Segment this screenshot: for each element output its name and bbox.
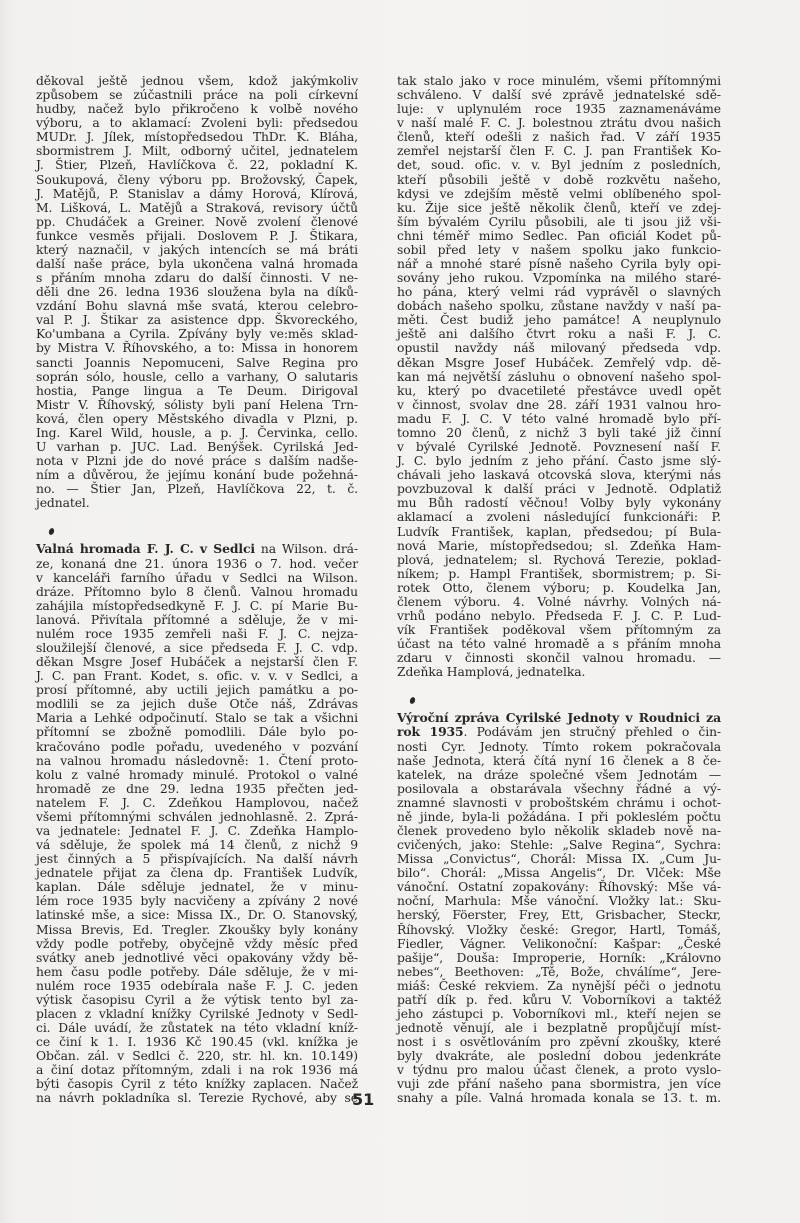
- text-line: další naše práce, byla ukončena valná hr…: [36, 257, 358, 271]
- text-line: mu Bůh radostí věčnou! Volby byly vykoná…: [397, 496, 721, 510]
- section-heading-line-1: Výroční zpráva Cyrilské Jednoty v Roudni…: [397, 711, 721, 725]
- text-line: herský, Föerster, Frey, Ett, Grisbacher,…: [397, 908, 721, 922]
- text-line: v kanceláři farního úřadu v Sedlci na Wi…: [36, 571, 358, 585]
- text-line: lém roce 1935 byly nacvičeny a zpívány 2…: [36, 894, 358, 908]
- text-line: hudby, načež bylo přikročeno k volbě nov…: [36, 102, 358, 116]
- text-line: nota v Plzni jde do nové práce s dalším …: [36, 454, 358, 468]
- heading-line-rest: na Wilson. drá-: [255, 542, 358, 556]
- text-line: v týdnu pro malou účast členek, a proto …: [397, 1063, 721, 1077]
- text-line: U varhan p. JUC. Lad. Benýšek. Cyrilská …: [36, 440, 358, 454]
- section-bullet-icon: [36, 524, 358, 542]
- text-line: Soukupová, členy výboru pp. Brožovský, Č…: [36, 173, 358, 187]
- text-line: dráze. Přítomno bylo 8 členů. Valnou hro…: [36, 585, 358, 599]
- text-line: Ko'umbana a Cyrila. Zpívány byly ve:měs …: [36, 327, 358, 341]
- text-line: Ing. Karel Wild, housle, a p. J. Červink…: [36, 426, 358, 440]
- text-line: všemi přítomnými schválen jednohlasně. 2…: [36, 810, 358, 824]
- text-line: níkem; p. Hampl František, sbormistrem; …: [397, 567, 721, 581]
- text-line: pp. Chudáček a Greiner. Nově zvolení čle…: [36, 215, 358, 229]
- text-line: no. — Štier Jan, Plzeň, Havlíčkova 22, t…: [36, 482, 358, 496]
- text-line: latinské mše, a sice: Missa IX., Dr. O. …: [36, 908, 358, 922]
- text-line: ce činí k 1. I. 1936 Kč 190.45 (vkl. kní…: [36, 1035, 358, 1049]
- text-line: v bývalé Cyrilské Jednotě. Povznesení na…: [397, 440, 721, 454]
- right-para-2: nosti Cyr. Jednoty. Tímto rokem pokračov…: [397, 740, 721, 1106]
- text-line: výtisk časopisu Cyril a že výtisk tento …: [36, 993, 358, 1007]
- text-line: katelek, na dráze společné všem Jednotám…: [397, 768, 721, 782]
- text-line: Říhovský. Vložky české: Gregor, Hartl, T…: [397, 923, 721, 937]
- text-line: Missa Brevis, Ed. Tregler. Zkoušky byly …: [36, 923, 358, 937]
- text-line: Ludvík František, kaplan, předsedou; pí …: [397, 525, 721, 539]
- text-line: nebes“, Beethoven: „Tě, Bože, chválíme“,…: [397, 965, 721, 979]
- text-line: soprán sólo, housle, cello a varhany, O …: [36, 370, 358, 384]
- section-bullet-icon: [397, 693, 721, 711]
- text-line: J. C. bylo jedním z jeho přání. Často js…: [397, 454, 721, 468]
- text-line: placen z vkladní knížky Cyrilské Jednoty…: [36, 1007, 358, 1021]
- text-line: kračováno podle pořadu, uvedeného v pozv…: [36, 740, 358, 754]
- text-line: J. Matějů, P. Stanislav a dámy Horová, K…: [36, 187, 358, 201]
- text-line: J. Štier, Plzeň, Havlíčkova č. 22, pokla…: [36, 158, 358, 172]
- text-line: nulém roce 1935 odebírala naše F. J. C. …: [36, 979, 358, 993]
- text-line: vždy podle potřeby, obyčejně vždy měsíc …: [36, 937, 358, 951]
- text-line: val P. J. Štikar za asistence dpp. Škvor…: [36, 313, 358, 327]
- text-line: funkce vesměs přijali. Doslovem P. J. Št…: [36, 229, 358, 243]
- text-line: způsobem se zúčastnili práce na poli cír…: [36, 88, 358, 102]
- text-line: MUDr. J. Jílek, místopředsedou ThDr. K. …: [36, 130, 358, 144]
- text-line: v činnost, svolav dne 28. září 1931 valn…: [397, 398, 721, 412]
- text-line: lanová. Přivítala přítomné a sděluje, že…: [36, 613, 358, 627]
- right-column: tak stalo jako v roce minulém, všemi pří…: [397, 74, 721, 1106]
- text-line: na návrh pokladníka sl. Terezie Rychové,…: [36, 1091, 358, 1105]
- text-line: det, soud. ofic. v. v. Byl jedním z posl…: [397, 158, 721, 172]
- text-line: snahy a píle. Valná hromada konala se 13…: [397, 1091, 721, 1105]
- text-line: va jednatele: Jednatel F. J. C. Zdeňka H…: [36, 824, 358, 838]
- text-line: povzbuzoval k další práci v Jednotě. Odp…: [397, 482, 721, 496]
- text-line: Missa „Convictus“, Chorál: Missa IX. „Cu…: [397, 852, 721, 866]
- text-line: jednotě věnují, ale i bezplatně propůjču…: [397, 1021, 721, 1035]
- text-line: děkan Msgre Josef Hubáček a nejstarší čl…: [36, 655, 358, 669]
- text-line: děkan Msgre Josef Hubáček. Zemřelý vdp. …: [397, 356, 721, 370]
- text-line: členů, kteří odešli z našich řad. V září…: [397, 130, 721, 144]
- scanned-page: děkoval ještě jednou všem, kdož jakýmkol…: [0, 0, 800, 1223]
- text-line: naše Jednota, která čítá nyní 16 členek …: [397, 754, 721, 768]
- text-line: Maria a Lehké odpočinutí. Stalo se tak a…: [36, 711, 358, 725]
- text-line: v naší malé F. C. J. bolestnou ztrátu dv…: [397, 116, 721, 130]
- text-line: měti. Čest budiž jeho památce! A neuplyn…: [397, 313, 721, 327]
- text-line: plová, jednatelem; sl. Rychová Terezie, …: [397, 553, 721, 567]
- text-line: sovány jeho rukou. Vzpomínka na milého s…: [397, 271, 721, 285]
- text-line: rotek Otto, členem výboru; p. Koudelka J…: [397, 581, 721, 595]
- text-line: sobil před lety v našem spolku jako funk…: [397, 243, 721, 257]
- text-line: by Mistra V. Říhovského, a to: Missa in …: [36, 341, 358, 355]
- text-line: jednatel.: [36, 496, 358, 510]
- text-line: ještě ani dalšího čtvrt roku a naši F. J…: [397, 327, 721, 341]
- text-line: miáš: České rekviem. Za nynější péči o j…: [397, 979, 721, 993]
- text-line: ku. Žije sice ještě několik členů, kteří…: [397, 201, 721, 215]
- text-line: jednatele přijat za člena dp. František …: [36, 866, 358, 880]
- text-line: děli dne 26. ledna 1936 sloužena byla na…: [36, 285, 358, 299]
- text-line: schváleno. V další své zprávě jednatelsk…: [397, 88, 721, 102]
- text-line: hem času podle potřeby. Dále sděluje, že…: [36, 965, 358, 979]
- text-line: prosí přítomné, aby uctili jejich památk…: [36, 683, 358, 697]
- text-line: madu F. J. C. V této valné hromadě bylo …: [397, 412, 721, 426]
- text-line: s přáním mnoha zdaru do další činnosti. …: [36, 271, 358, 285]
- text-line: sbormistrem J. Milt, odborný učitel, jed…: [36, 144, 358, 158]
- text-line: členek provedeno bylo několik skladeb no…: [397, 824, 721, 838]
- spacer: [36, 510, 358, 524]
- text-line: nosti Cyr. Jednoty. Tímto rokem pokračov…: [397, 740, 721, 754]
- text-line: na valnou hromadu následovně: 1. Čtení p…: [36, 754, 358, 768]
- section-heading-line-2: rok 1935. Podávám jen stručný přehled o …: [397, 725, 721, 739]
- spacer: [397, 679, 721, 693]
- text-line: ším bývalém Cyrilu působili, ale ti jsou…: [397, 215, 721, 229]
- left-para-1: děkoval ještě jednou všem, kdož jakýmkol…: [36, 74, 358, 510]
- text-line: vrhů podáno nebylo. Předseda F. J. C. P.…: [397, 609, 721, 623]
- text-line: zdaru v činnosti skončil valnou hromadu.…: [397, 651, 721, 665]
- text-line: jeho zástupci p. Voborníkovi ml., kteří …: [397, 1007, 721, 1021]
- text-line: a činí dotaz přítomným, zdali i na rok 1…: [36, 1063, 358, 1077]
- text-line: sancti Joannis Nepomuceni, Salve Regina …: [36, 356, 358, 370]
- text-line: ním a důvěrou, že jejímu konání bude pož…: [36, 468, 358, 482]
- text-line: J. C. pan Frant. Kodet, s. ofic. v. v. v…: [36, 669, 358, 683]
- text-line: členem výboru. 4. Volné návrhy. Volných …: [397, 595, 721, 609]
- text-line: který naznačil, v jakých intencích se má…: [36, 243, 358, 257]
- text-line: tak stalo jako v roce minulém, všemi pří…: [397, 74, 721, 88]
- text-line: Mistr V. Říhovský, sólisty byli paní Hel…: [36, 398, 358, 412]
- text-line: přítomní se zbožně pomodlili. Dále bylo …: [36, 725, 358, 739]
- text-line: pašije“, Douša: Improperie, Horník: „Krá…: [397, 951, 721, 965]
- section-heading-roudnice: Výroční zpráva Cyrilské Jednoty v Roudni…: [397, 710, 721, 725]
- text-line: patří dík p. řed. kůru V. Voborníkovi a …: [397, 993, 721, 1007]
- text-line: děkoval ještě jednou všem, kdož jakýmkol…: [36, 74, 358, 88]
- text-line: kteří působili ještě v době rozkvětu naš…: [397, 173, 721, 187]
- text-line: cvičených, jako: Stehle: „Salve Regina“,…: [397, 838, 721, 852]
- text-line: ková, člen opery Městského divadla v Plz…: [36, 412, 358, 426]
- text-line: výboru, a to aklamací: Zvoleni byli: pře…: [36, 116, 358, 130]
- text-line: svátky aneb jednotlivé věci opakovány vž…: [36, 951, 358, 965]
- left-para-2: ze, konaná dne 21. února 1936 o 7. hod. …: [36, 557, 358, 1106]
- text-line: sloužilejší členové, a sice předseda F. …: [36, 641, 358, 655]
- text-line: aklamací a zvoleni následující funkcioná…: [397, 510, 721, 524]
- page-number: 51: [352, 1090, 374, 1109]
- text-line: nář a mnohé staré písně našeho Cyrila by…: [397, 257, 721, 271]
- text-line: ku, který po dvacetileté přestávce uvedl…: [397, 384, 721, 398]
- text-line: natelem F. J. C. Zdeňkou Hamplovou, nače…: [36, 796, 358, 810]
- text-line: účast na této valné hromadě a s přáním m…: [397, 637, 721, 651]
- text-line: bilo“. Chorál: „Missa Angelis“, Dr. Vlče…: [397, 866, 721, 880]
- text-line: kan má největší zásluhu o obnovení našeh…: [397, 370, 721, 384]
- text-line: vík František poděkoval všem přítomným z…: [397, 623, 721, 637]
- text-line: Fiedler, Vágner. Velikonoční: Kašpar: „Č…: [397, 937, 721, 951]
- text-line: noční, Marhula: Mše vánoční. Vložky lat.…: [397, 894, 721, 908]
- section-heading-sedlec: Valná hromada F. J. C. v Sedlci: [36, 541, 255, 556]
- text-line: kaplan. Dále sděluje jednatel, že v minu…: [36, 880, 358, 894]
- text-line: hostia, Pange lingua a Te Deum. Dirigova…: [36, 384, 358, 398]
- text-line: chni téměř mimo Sedlec. Pan oficiál Kode…: [397, 229, 721, 243]
- text-line: modlili se za jejich duše Otče náš, Zdrá…: [36, 697, 358, 711]
- text-line: zahájila místopředsedkyně F. J. C. pí Ma…: [36, 599, 358, 613]
- section-heading-roudnice-year: rok 1935: [397, 724, 464, 739]
- text-line: vánoční. Ostatní zopakovány: Říhovský: M…: [397, 880, 721, 894]
- right-para-1: tak stalo jako v roce minulém, všemi pří…: [397, 74, 721, 679]
- text-line: chávali jeho laskavá otcovská slova, kte…: [397, 468, 721, 482]
- text-line: jest činných a 5 přispívajících. Na dalš…: [36, 852, 358, 866]
- text-line: kolu z valné hromady minulé. Protokol o …: [36, 768, 358, 782]
- text-line: zemřel nejstarší člen F. C. J. pan Frant…: [397, 144, 721, 158]
- section-heading-line: Valná hromada F. J. C. v Sedlci na Wilso…: [36, 542, 358, 556]
- text-line: znamné slavnosti v proboštském chrámu i …: [397, 796, 721, 810]
- text-line: nulém roce 1935 zemřeli naši F. J. C. ne…: [36, 627, 358, 641]
- heading-line-rest: . Podávám jen stručný přehled o čin-: [464, 725, 721, 739]
- text-line: tomno 20 členů, z nichž 3 byli také již …: [397, 426, 721, 440]
- text-line: ně jinde, byla-li požádána. I při pokles…: [397, 810, 721, 824]
- text-line: vzdání Bohu slavná mše svatá, kterou cel…: [36, 299, 358, 313]
- text-line: ho pána, který velmi rád vyprávěl o slav…: [397, 285, 721, 299]
- text-line: býti časopis Cyril z této knížky zaplace…: [36, 1077, 358, 1091]
- text-line: ci. Dále uvádí, že zůstatek na této vkla…: [36, 1021, 358, 1035]
- text-line: M. Lišková, L. Matějů a Straková, reviso…: [36, 201, 358, 215]
- text-line: ze, konaná dne 21. února 1936 o 7. hod. …: [36, 557, 358, 571]
- text-line: vá sděluje, že spolek má 14 členů, z nic…: [36, 838, 358, 852]
- text-line: Občan. zál. v Sedlci č. 220, str. hl. kn…: [36, 1049, 358, 1063]
- text-line: Zdeňka Hamplová, jednatelka.: [397, 665, 721, 679]
- text-line: nová Marie, místopředsedou; sl. Zdeňka H…: [397, 539, 721, 553]
- text-line: kdysi ve zdejším městě velmi oblíbeného …: [397, 187, 721, 201]
- text-line: opustil navždy náš milovaný předseda vdp…: [397, 341, 721, 355]
- text-line: nost i s osvětlováním pro zpěvní zkoušky…: [397, 1035, 721, 1049]
- text-line: posilovala a obstarávala všechny řádné a…: [397, 782, 721, 796]
- left-column: děkoval ještě jednou všem, kdož jakýmkol…: [36, 74, 358, 1106]
- text-line: hromadě ze dne 29. ledna 1935 přečten je…: [36, 782, 358, 796]
- text-line: vuji zde přání našeho pana sbormistra, j…: [397, 1077, 721, 1091]
- text-line: luje: v uplynulém roce 1935 zaznamenávám…: [397, 102, 721, 116]
- text-line: byly dvakráte, ale poslední dobou jedenk…: [397, 1049, 721, 1063]
- text-line: dobách našeho spolku, zůstane navždy v n…: [397, 299, 721, 313]
